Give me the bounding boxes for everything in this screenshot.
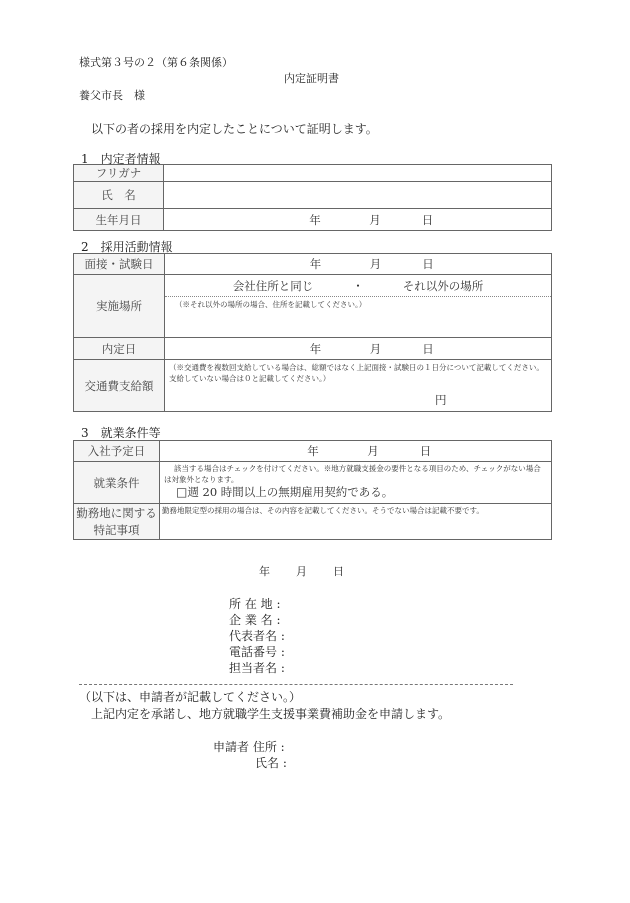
name-label: 氏 名 (74, 182, 164, 209)
year-label: 年 (288, 212, 343, 228)
furigana-field[interactable] (164, 165, 552, 182)
venue-label: 実施場所 (74, 275, 165, 338)
addressee: 養父市長 様 (79, 87, 145, 103)
year-label: 年 (286, 443, 341, 459)
indefinite-contract-checkbox-row[interactable]: □週 20 時間以上の無期雇用契約である。 (164, 485, 547, 500)
month-label: 月 (343, 256, 408, 272)
employment-conditions-table: 入社予定日 年 月 日 就業条件 該当する場合はチェックを付けてください。※地方… (73, 440, 552, 540)
company-address-label: 所 在 地 : (229, 595, 281, 612)
interview-date-label: 面接・試験日 (74, 254, 165, 275)
checkbox-label: 週 20 時間以上の無期雇用契約である。 (187, 485, 393, 499)
offer-date-label: 内定日 (74, 338, 165, 360)
certification-day: 日 (333, 563, 344, 579)
month-label: 月 (341, 443, 406, 459)
birthdate-label: 生年月日 (74, 209, 164, 231)
venue-address-field[interactable]: （※それ以外の場所の場合、住所を記載してください。） (165, 297, 552, 338)
interview-date-field[interactable]: 年 月 日 (165, 254, 552, 275)
intro-statement: 以下の者の採用を内定したことについて証明します。 (91, 120, 378, 137)
furigana-label: フリガナ (74, 165, 164, 182)
certification-month: 月 (296, 563, 307, 579)
year-label: 年 (288, 341, 343, 357)
representative-label: 代表者名 : (229, 627, 285, 644)
day-label: 日 (406, 443, 446, 459)
start-date-label: 入社予定日 (74, 441, 160, 462)
applicant-instruction: （以下は、申請者が記載してください。） (79, 688, 301, 705)
venue-separator: ・ (328, 278, 388, 294)
workplace-label: 勤務地に関する特記事項 (74, 504, 160, 540)
phone-label: 電話番号 : (229, 643, 285, 660)
day-label: 日 (408, 256, 448, 272)
workplace-note: 勤務地限定型の採用の場合は、その内容を記載してください。そうでない場合は記載不要… (162, 505, 547, 516)
workplace-notes-field[interactable]: 勤務地限定型の採用の場合は、その内容を記載してください。そうでない場合は記載不要… (160, 504, 552, 540)
venue-options: 会社住所と同じ ・ それ以外の場所 (165, 275, 552, 297)
cut-line-divider (79, 684, 513, 685)
contact-person-label: 担当者名 : (229, 659, 285, 676)
applicant-statement: 上記内定を承諾し、地方就職学生支援事業費補助金を申請します。 (91, 705, 450, 722)
recruitment-info-table: 面接・試験日 年 月 日 実施場所 会社住所と同じ ・ それ以外の場所 （※それ… (73, 253, 552, 412)
offer-date-field[interactable]: 年 月 日 (165, 338, 552, 360)
transport-note: （※交通費を複数回支給している場合は、総額ではなく上記面接・試験日の１日分につい… (169, 362, 545, 384)
company-name-label: 企 業 名 : (229, 611, 281, 628)
certification-year: 年 (259, 563, 270, 579)
venue-note: （※それ以外の場所の場合、住所を記載してください。） (175, 299, 551, 310)
form-number: 様式第３号の２（第６条関係） (79, 54, 233, 70)
venue-option-same[interactable]: 会社住所と同じ (218, 278, 328, 294)
document-title: 内定証明書 (284, 70, 339, 86)
conditions-label: 就業条件 (74, 462, 160, 504)
applicant-address-label: 申請者 住所 : (213, 738, 285, 755)
day-label: 日 (408, 212, 448, 228)
venue-option-other[interactable]: それ以外の場所 (388, 278, 498, 294)
month-label: 月 (343, 341, 408, 357)
transport-amount-field[interactable]: （※交通費を複数回支給している場合は、総額ではなく上記面接・試験日の１日分につい… (165, 360, 552, 412)
month-label: 月 (343, 212, 408, 228)
checkbox-icon[interactable]: □ (176, 485, 187, 499)
applicant-name-label: 氏名 : (255, 754, 287, 771)
year-label: 年 (288, 256, 343, 272)
start-date-field[interactable]: 年 月 日 (160, 441, 552, 462)
conditions-field: 該当する場合はチェックを付けてください。※地方就職支援金の要件となる項目のため、… (160, 462, 552, 504)
conditions-note: 該当する場合はチェックを付けてください。※地方就職支援金の要件となる項目のため、… (164, 463, 547, 485)
day-label: 日 (408, 341, 448, 357)
section3-heading: 3 就業条件等 (81, 424, 161, 441)
name-field[interactable] (164, 182, 552, 209)
candidate-info-table: フリガナ 氏 名 生年月日 年 月 日 (73, 164, 552, 231)
birthdate-field[interactable]: 年 月 日 (164, 209, 552, 231)
yen-unit: 円 (435, 392, 447, 408)
transport-label: 交通費支給額 (74, 360, 165, 412)
